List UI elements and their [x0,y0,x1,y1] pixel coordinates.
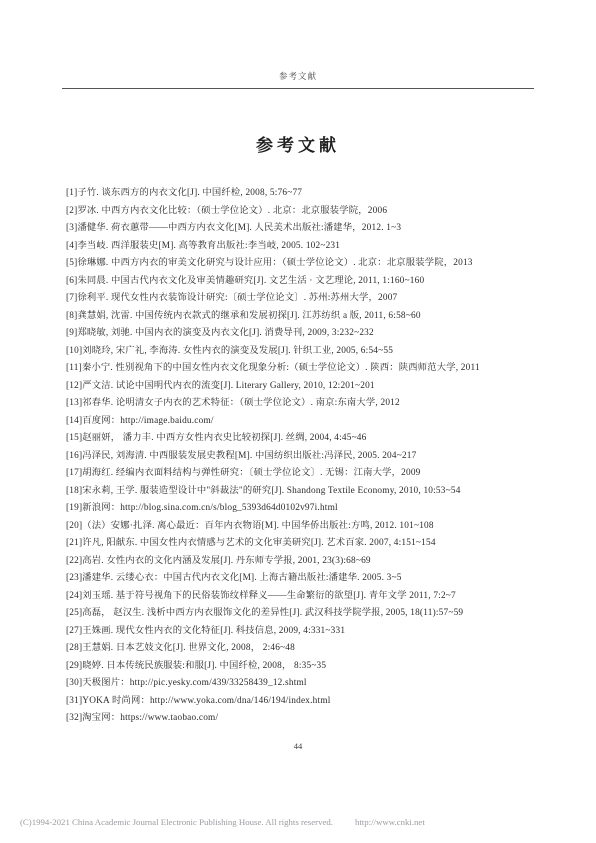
reference-item: [8]龚慧娟, 沈雷. 中国传统内衣款式的继承和发展初探[J]. 江苏纺织 a … [66,308,548,326]
reference-item: [18]宋永莉, 王学. 服装造型设计中"斜裁法"的研究[J]. Shandon… [66,483,548,501]
reference-item: [11]秦小宁. 性别视角下的中国女性内衣文化现象分析:（硕士学位论文）. 陕西… [66,360,548,378]
reference-item: [9]郑晓敏, 刘驰. 中国内衣的演变及内衣文化[J]. 消费导刊, 2009,… [66,325,548,343]
header-rule-line [62,88,534,89]
reference-item: [24]刘玉瑶. 基于符号视角下的民俗装饰纹样释义——生命繁衍的欲望[J]. 青… [66,588,548,606]
references-list: [1]子竹. 谈东西方的内衣文化[J]. 中国纤检, 2008, 5:76~77… [66,185,548,728]
page-number: 44 [0,741,596,751]
reference-item: [32]淘宝网：https://www.taobao.com/ [66,710,548,728]
footer: (C)1994-2021 China Academic Journal Elec… [20,817,556,827]
reference-item: [22]高岩. 女性内衣的文化内涵及发展[J]. 丹东师专学报, 2001, 2… [66,553,548,571]
reference-item: [15]赵丽妍， 潘力丰. 中西方女性内衣史比较初探[J]. 丝绸, 2004,… [66,430,548,448]
reference-item: [3]潘健华. 荷衣蕙带——中西方内衣文化[M]. 人民美术出版社:潘建华，20… [66,220,548,238]
page-title: 参考文献 [0,131,596,156]
reference-item: [28]王慧娟. 日本艺妓文化[J]. 世界文化, 2008， 2:46~48 [66,640,548,658]
reference-item: [2]罗冰. 中西方内衣文化比较：（硕士学位论文）. 北京：北京服装学院，200… [66,203,548,221]
reference-item: [27]王姝画. 现代女性内衣的文化特征[J]. 科技信息, 2009, 4:3… [66,623,548,641]
document-page: 参考文献 参考文献 [1]子竹. 谈东西方的内衣文化[J]. 中国纤检, 200… [0,0,596,843]
reference-item: [1]子竹. 谈东西方的内衣文化[J]. 中国纤检, 2008, 5:76~77 [66,185,548,203]
reference-item: [16]冯泽民, 刘海清. 中西服装发展史教程[M]. 中国纺织出版社:冯泽民,… [66,448,548,466]
reference-item: [17]胡海红. 经编内衣面料结构与弹性研究：〔硕士学位论文〕. 无锡：江南大学… [66,465,548,483]
reference-item: [21]许凡, 阳献东. 中国女性内衣情感与艺术的文化审美研究[J]. 艺术百家… [66,535,548,553]
footer-url: http://www.cnki.net [355,817,425,827]
reference-item: [6]朱同晨. 中国古代内衣文化及审美情趣研究[J]. 文艺生活 · 文艺理论,… [66,273,548,291]
reference-item: [13]祁春华. 论明清女子内衣的艺术特征：（硕士学位论文）. 南京:东南大学,… [66,395,548,413]
reference-item: [23]潘建华. 云缕心衣：中国古代内衣文化[M]. 上海古籍出版社:潘建华. … [66,570,548,588]
reference-item: [4]李当岐. 西洋服装史[M]. 高等教育出版社:李当岐, 2005. 102… [66,238,548,256]
reference-item: [29]晓婷. 日本传统民族服装:和服[J]. 中国纤检, 2008， 8:35… [66,658,548,676]
reference-item: [7]徐利平. 现代女性内衣装饰设计研究:〔硕士学位论文〕. 苏州:苏州大学，2… [66,290,548,308]
running-header: 参考文献 [0,70,596,82]
reference-item: [25]高磊， 赵汉生. 浅析中西方内衣服饰文化的差异性[J]. 武汉科技学院学… [66,605,548,623]
reference-item: [31]YOKA 时尚网：http://www.yoka.com/dna/146… [66,693,548,711]
footer-copyright: (C)1994-2021 China Academic Journal Elec… [20,817,333,827]
reference-item: [19]新浪网：http://blog.sina.com.cn/s/blog_5… [66,500,548,518]
reference-item: [5]徐琳娜. 中西方内衣的审美文化研究与设计应用：（硕士学位论文）. 北京：北… [66,255,548,273]
reference-item: [20]（法）安娜·扎泽. 离心最近：百年内衣物语[M]. 中国华侨出版社:方鸣… [66,518,548,536]
reference-item: [30]天极图片：http://pic.yesky.com/439/332584… [66,675,548,693]
reference-item: [14]百度网：http://image.baidu.com/ [66,413,548,431]
reference-item: [12]严文洁. 试论中国明代内衣的流变[J]. Literary Galler… [66,378,548,396]
reference-item: [10]刘晓玲, 宋广礼, 李海涛. 女性内衣的演变及发展[J]. 针织工业, … [66,343,548,361]
